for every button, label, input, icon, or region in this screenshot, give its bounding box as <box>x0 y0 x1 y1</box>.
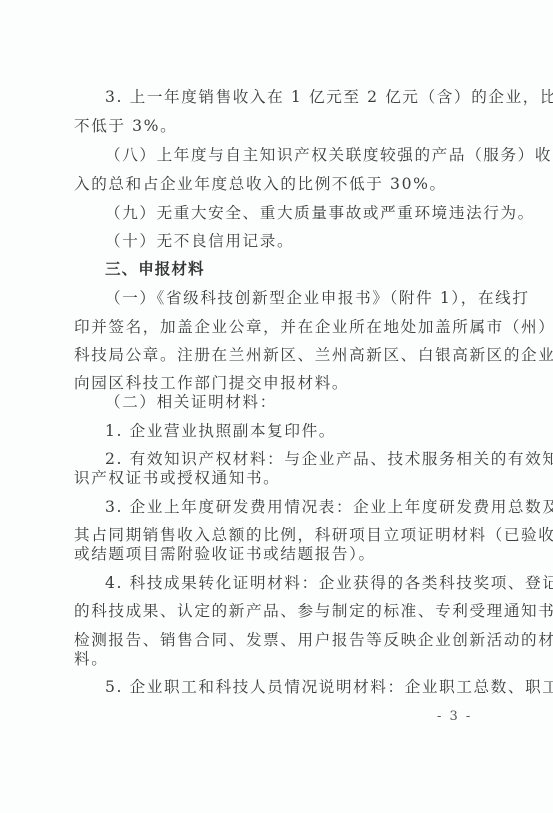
text-line: （二）相关证明材料： <box>105 392 491 412</box>
text-line: 不低于 3%。 <box>74 116 490 136</box>
text-line: 向园区科技工作部门提交申报材料。 <box>74 373 490 393</box>
text-line: 检测报告、销售合同、发票、用户报告等反映企业创新活动的材 <box>74 630 490 650</box>
document-page: 3. 上一年度销售收入在 1 亿元至 2 亿元（含）的企业，比例 不低于 3%。… <box>0 0 553 813</box>
text-line: 3. 企业上年度研发费用情况表：企业上年度研发费用总数及 <box>105 497 491 517</box>
text-line: 其占同期销售收入总额的比例，科研项目立项证明材料（已验收 <box>74 525 490 545</box>
text-line: 3. 上一年度销售收入在 1 亿元至 2 亿元（含）的企业，比例 <box>105 87 491 107</box>
text-line: 4. 科技成果转化证明材料：企业获得的各类科技奖项、登记 <box>105 573 491 593</box>
text-line: （十）无不良信用记录。 <box>105 231 491 251</box>
text-line: 5. 企业职工和科技人员情况说明材料：企业职工总数、职工 <box>105 677 491 697</box>
text-line: 入的总和占企业年度总收入的比例不低于 30%。 <box>74 174 490 194</box>
text-line: 科技局公章。注册在兰州新区、兰州高新区、白银高新区的企业 <box>74 345 490 365</box>
text-line: （九）无重大安全、重大质量事故或严重环境违法行为。 <box>105 203 491 223</box>
text-line: （一）《省级科技创新型企业申报书》（附件 1），在线打 <box>105 288 491 308</box>
text-line: （八）上年度与自主知识产权关联度较强的产品（服务）收 <box>105 145 491 165</box>
text-line: 1. 企业营业执照副本复印件。 <box>105 421 491 441</box>
text-line: 印并签名，加盖企业公章，并在企业所在地处加盖所属市（州） <box>74 317 490 337</box>
text-line: 或结题项目需附验收证书或结题报告）。 <box>74 544 490 564</box>
section-heading: 三、申报材料 <box>105 259 491 279</box>
text-line: 识产权证书或授权通知书。 <box>74 468 490 488</box>
text-line: 料。 <box>74 649 490 669</box>
text-line: 的科技成果、认定的新产品、参与制定的标准、专利受理通知书、 <box>74 601 490 621</box>
page-number: - 3 - <box>437 709 472 724</box>
text-line: 2. 有效知识产权材料：与企业产品、技术服务相关的有效知 <box>105 449 491 469</box>
